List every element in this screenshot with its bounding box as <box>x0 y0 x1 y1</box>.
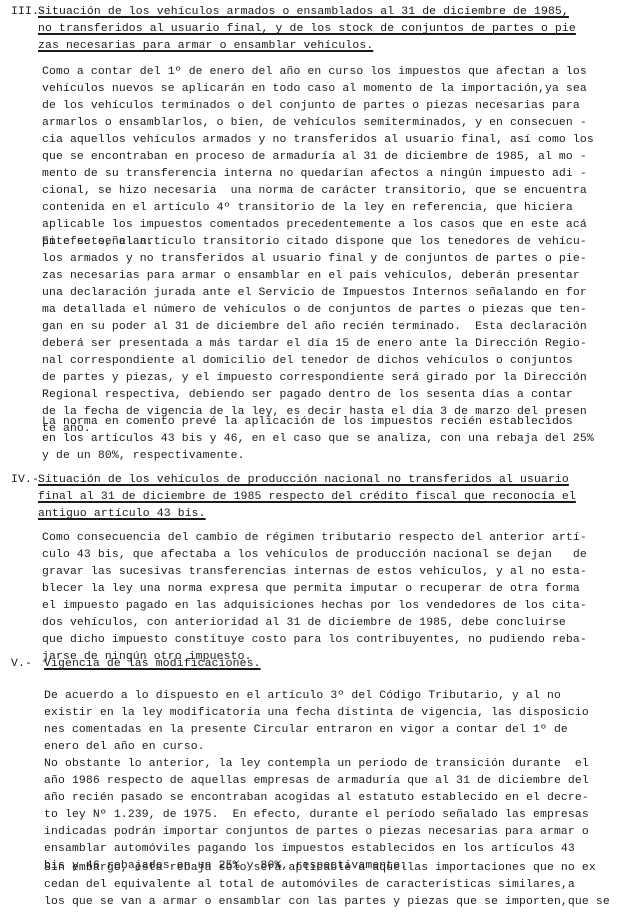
paragraph-line: La norma en comento prevé la aplicación … <box>42 414 573 431</box>
section-number: V.- <box>11 656 32 673</box>
paragraph-line: culo 43 bis, que afectaba a los vehículo… <box>42 547 587 564</box>
paragraph-line: contenida en el artículo 4º transitorio … <box>42 200 573 217</box>
paragraph-line: armarlos o ensamblarlos, o bien, de vehí… <box>42 115 587 132</box>
paragraph-line: los que se van a armar o ensamblar con l… <box>44 894 610 911</box>
paragraph-line: nal correspondiente al domicilio del ten… <box>42 353 573 370</box>
paragraph-line: zas necesarias para armar o ensamblar en… <box>42 268 580 285</box>
section-heading-line: zas necesarias para armar o ensamblar ve… <box>38 38 373 55</box>
paragraph-line: De acuerdo a lo dispuesto en el artículo… <box>44 688 561 705</box>
paragraph-line: año recién pasado se encontraban acogida… <box>44 790 589 807</box>
section-heading-line: Situación de los vehículos armados o ens… <box>38 4 569 21</box>
paragraph-line: cedan del equivalente al total de automó… <box>44 877 575 894</box>
paragraph-line: En efecto, el artículo transitorio citad… <box>42 234 587 251</box>
paragraph-line: enero del año en curso. <box>44 739 205 756</box>
section-heading-line: final al 31 de diciembre de 1985 respect… <box>38 489 576 506</box>
paragraph-line: ma detallada el número de vehículos o de… <box>42 302 587 319</box>
paragraph-line: que dicho impuesto constituye costo para… <box>42 632 587 649</box>
paragraph-line: de partes y piezas, y el impuesto corres… <box>42 370 587 387</box>
paragraph-line: Sin embargo, esta rebaja sólo será aplic… <box>44 860 596 877</box>
paragraph-line: año 1986 respecto de aquellas empresas d… <box>44 773 589 790</box>
paragraph-line: los armados y no transferidos al usuario… <box>42 251 587 268</box>
paragraph-line: ensamblar automóviles pagando los impues… <box>44 841 575 858</box>
paragraph-line: de los vehículos terminados o del conjun… <box>42 98 580 115</box>
paragraph-line: cia aquellos vehículos armados y no tran… <box>42 132 594 149</box>
section-heading-line: Situación de los vehículos de producción… <box>38 472 569 489</box>
paragraph-line: blecer la ley una norma expresa que perm… <box>42 581 580 598</box>
paragraph-line: existir en la ley modificatoria una fech… <box>44 705 589 722</box>
paragraph-line: deberá ser presentada a más tardar el dí… <box>42 336 587 353</box>
paragraph-line: cional, se hizo necesaria una norma de c… <box>42 183 587 200</box>
paragraph-line: y de un 80%, respectivamente. <box>42 448 245 465</box>
section-heading-line: Vigencia de las modificaciones. <box>44 656 261 673</box>
section-heading-line: no transferidos al usuario final, y de l… <box>38 21 576 38</box>
paragraph-line: una declaración jurada ante el Servicio … <box>42 285 587 302</box>
section-heading-line: antiguo artículo 43 bis. <box>38 506 206 523</box>
paragraph-line: Como a contar del 1º de enero del año en… <box>42 64 587 81</box>
paragraph-line: gravar las sucesivas transferencias inte… <box>42 564 587 581</box>
paragraph-line: en los artículos 43 bis y 46, en el caso… <box>42 431 594 448</box>
section-number: IV.- <box>11 472 39 489</box>
paragraph-line: Como consecuencia del cambio de régimen … <box>42 530 587 547</box>
paragraph-line: mento de su transferencia interna no que… <box>42 166 587 183</box>
paragraph-line: dos vehículos, con anterioridad al 31 de… <box>42 615 566 632</box>
paragraph-line: to ley Nº 1.239, de 1975. En efecto, dur… <box>44 807 589 824</box>
paragraph-line: Regional respectiva, debiendo ser pagado… <box>42 387 573 404</box>
paragraph-line: vehículos nuevos se aplicarán en todo ca… <box>42 81 587 98</box>
paragraph-line: gan en su poder al 31 de diciembre del a… <box>42 319 587 336</box>
paragraph-line: nes comentadas en la presente Circular e… <box>44 722 568 739</box>
document-page: III.-Situación de los vehículos armados … <box>0 0 630 912</box>
paragraph-line: No obstante lo anterior, la ley contempl… <box>44 756 589 773</box>
paragraph-line: el impuesto pagado en las adquisiciones … <box>42 598 587 615</box>
paragraph-line: indicadas podrán importar conjuntos de p… <box>44 824 589 841</box>
paragraph-line: aplicable los impuestos comentados prece… <box>42 217 587 234</box>
paragraph-line: que se encontraban en proceso de armadur… <box>42 149 587 166</box>
